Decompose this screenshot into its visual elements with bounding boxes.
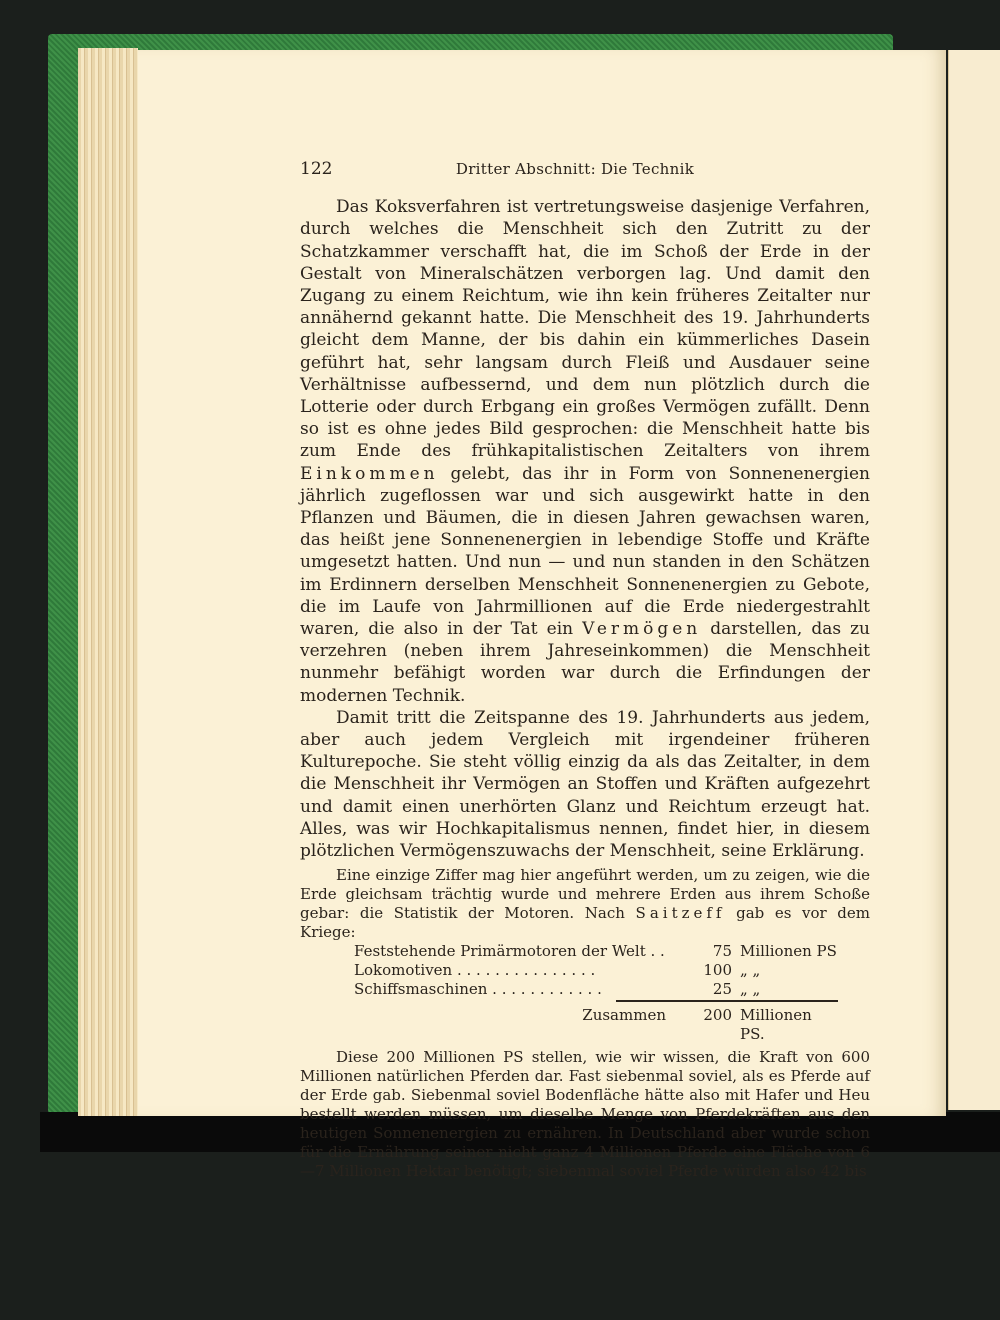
row-label: Lokomotiven . . . . . . . . . . . . . . …: [354, 961, 684, 980]
total-value: 200: [684, 1006, 740, 1044]
table-row: Feststehende Primärmotoren der Welt . . …: [354, 942, 838, 961]
table-row: Lokomotiven . . . . . . . . . . . . . . …: [354, 961, 838, 980]
page-number: 122: [300, 158, 340, 180]
text: Das Koksverfahren ist vertretungsweise d…: [300, 197, 870, 461]
emphasis-vermoegen: Vermögen: [582, 619, 701, 639]
sum-rule: [616, 1000, 838, 1002]
motor-statistics-table: Feststehende Primärmotoren der Welt . . …: [354, 942, 838, 1044]
table-total-row: Zusammen 200 Millionen PS.: [354, 1006, 838, 1044]
total-label: Zusammen: [582, 1006, 684, 1044]
paragraph-4: Diese 200 Millionen PS stellen, wie wir …: [300, 1048, 870, 1181]
page-content: 122 Dritter Abschnitt: Die Technik Das K…: [300, 158, 870, 1181]
paragraph-3: Eine einzige Ziffer mag hier angeführt w…: [300, 866, 870, 942]
page-edges: [78, 48, 138, 1116]
row-label: Feststehende Primärmotoren der Welt . .: [354, 942, 684, 961]
paragraph-2: Damit tritt die Zeitspanne des 19. Jahrh…: [300, 707, 870, 862]
row-unit: „ „: [740, 961, 838, 980]
row-unit: Millionen PS: [740, 942, 838, 961]
facing-page-edge: [948, 50, 1000, 1110]
row-value: 25: [684, 980, 740, 999]
row-value: 100: [684, 961, 740, 980]
running-head: 122 Dritter Abschnitt: Die Technik: [300, 158, 870, 180]
row-unit: „ „: [740, 980, 838, 999]
total-unit: Millionen PS.: [740, 1006, 838, 1044]
row-label: Schiffsmaschinen . . . . . . . . . . . .: [354, 980, 684, 999]
row-value: 75: [684, 942, 740, 961]
emphasis-einkommen: Einkommen: [300, 464, 439, 484]
paragraph-1: Das Koksverfahren ist vertretungsweise d…: [300, 196, 870, 707]
emphasis-saitzeff: Saitzeff: [636, 904, 726, 922]
chapter-title: Dritter Abschnitt: Die Technik: [340, 158, 870, 180]
text: gelebt, das ihr in Form von Sonnenenergi…: [300, 464, 870, 639]
table-row: Schiffsmaschinen . . . . . . . . . . . .…: [354, 980, 838, 999]
